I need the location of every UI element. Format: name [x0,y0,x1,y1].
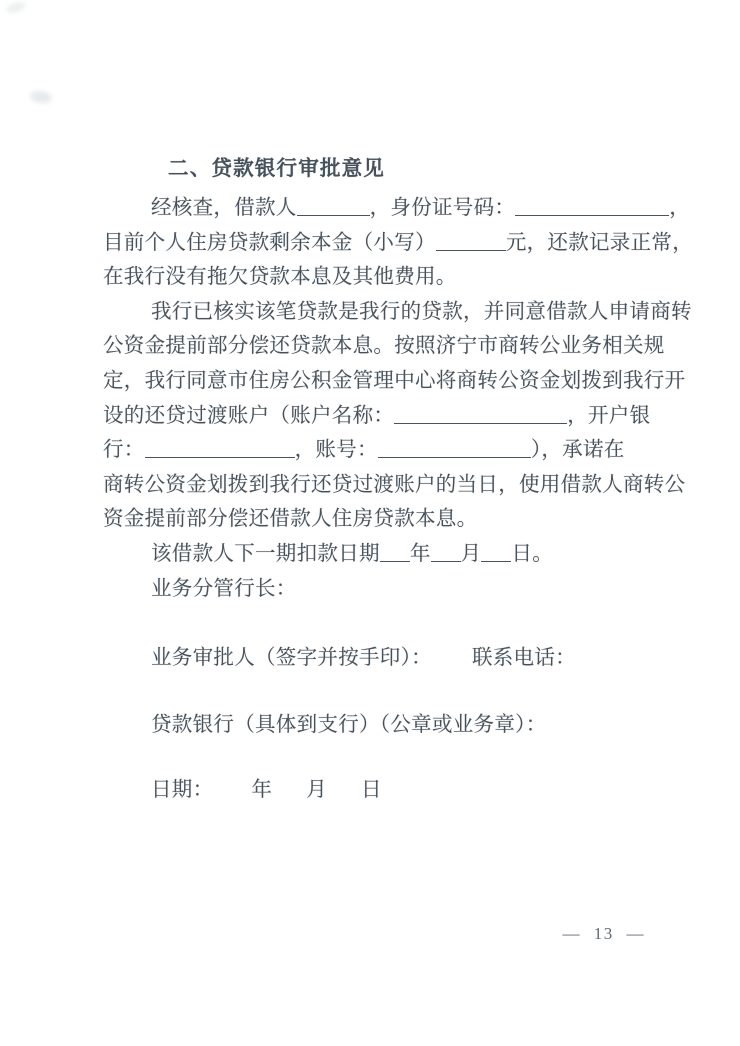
approver-label: 业务审批人（签字并按手印）： [151,647,432,669]
spacer [432,663,472,664]
page-number: — 13 — [563,924,646,944]
approval-text: ，开户银 [567,405,650,427]
verification-line-3: 在我行没有拖欠贷款本息及其他费用。 [103,260,663,295]
approval-line-1: 我行已核实该笔贷款是我行的贷款，并同意借款人申请商转 [103,295,663,330]
deduction-text: 月 [461,543,482,565]
approval-line-7: 资金提前部分偿还借款人住房贷款本息。 [103,502,663,537]
id-number-blank [515,196,669,216]
spacer [327,795,361,796]
scan-artifact-smudge [29,90,52,105]
spacer [213,795,251,796]
date-line: 日期：年月日 [103,773,663,808]
verification-text: ， [669,197,690,219]
bank-seal-line: 贷款银行（具体到支行）（公章或业务章）： [103,708,663,743]
account-name-blank [394,403,567,423]
spacer [272,795,306,796]
approval-text: 设的还贷过渡账户（账户名称： [103,405,394,427]
date-year-label: 年 [251,779,272,801]
spacer [103,676,663,708]
spacer [103,742,663,773]
approval-line-5: 行：，账号：），承诺在 [103,433,663,468]
approval-line-4: 设的还贷过渡账户（账户名称：，开户银 [103,399,663,434]
scan-artifact-smudge [5,0,27,15]
deduction-day-blank [481,541,511,561]
date-month-label: 月 [306,779,327,801]
phone-label: 联系电话： [472,647,576,669]
section-title: 二、贷款银行审批意见 [103,152,663,191]
approval-text: ），承诺在 [531,439,625,461]
account-number-blank [378,438,531,458]
deduction-text: 日。 [511,543,553,565]
deduction-year-blank [380,541,410,561]
opening-bank-blank [145,438,295,458]
borrower-name-blank [297,196,370,216]
verification-text: 经核查，借款人 [151,197,297,219]
date-day-label: 日 [361,779,382,801]
remaining-principal-blank [436,230,506,250]
deduction-date-line: 该借款人下一期扣款日期年月日。 [103,537,663,572]
approval-line-2: 公资金提前部分偿还贷款本息。按照济宁市商转公业务相关规 [103,329,663,364]
approval-line-6: 商转公资金划拨到我行还贷过渡账户的当日，使用借款人商转公 [103,468,663,503]
approval-text: ，账号： [295,439,378,461]
deduction-text: 该借款人下一期扣款日期 [151,543,380,565]
date-label: 日期： [151,779,213,801]
verification-text: ，身份证号码： [370,197,516,219]
deduction-month-blank [431,541,461,561]
document-body: 二、贷款银行审批意见 经核查，借款人，身份证号码：， 目前个人住房贷款剩余本金（… [103,152,663,808]
deduction-text: 年 [410,543,431,565]
verification-text: 元，还款记录正常， [506,232,693,254]
scanned-document-page: 二、贷款银行审批意见 经核查，借款人，身份证号码：， 目前个人住房贷款剩余本金（… [0,0,740,1046]
manager-signature-line: 业务分管行长： [103,572,663,607]
spacer [103,606,663,641]
approval-text: 行： [103,439,145,461]
verification-text: 目前个人住房贷款剩余本金（小写） [103,232,436,254]
approver-signature-line: 业务审批人（签字并按手印）：联系电话： [103,641,663,676]
verification-line-1: 经核查，借款人，身份证号码：， [103,191,663,226]
verification-line-2: 目前个人住房贷款剩余本金（小写）元，还款记录正常， [103,226,663,261]
approval-line-3: 定，我行同意市住房公积金管理中心将商转公资金划拨到我行开 [103,364,663,399]
